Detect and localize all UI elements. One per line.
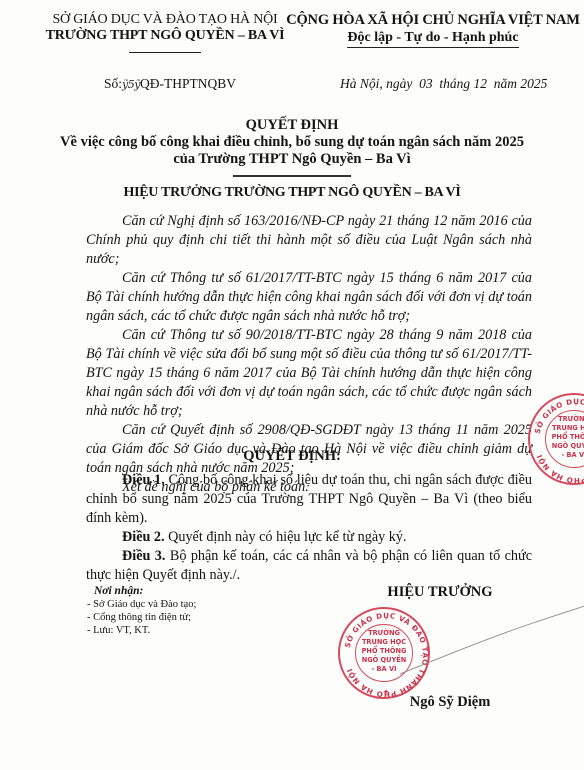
legal-basis: Căn cứ Nghị định số 163/2016/NĐ-CP ngày … (86, 212, 532, 269)
articles: Điều 1. Công bố công khai số liệu dự toá… (86, 471, 532, 585)
document-number: Số:ỹ5ỹQĐ-THPTNQBV (104, 76, 236, 92)
doc-number-prefix: Số: (104, 76, 122, 91)
article-3: Điều 3. Bộ phận kế toán, các cá nhân và … (86, 547, 532, 585)
doc-number-suffix: QĐ-THPTNQBV (140, 76, 236, 91)
svg-text:★: ★ (383, 688, 389, 696)
margin-seal: SỞ GIÁO DỤC VÀ ĐÀO TẠO THÀNH PHỐ HÀ NỘI … (528, 393, 584, 485)
recipient-item: - Cổng thông tin điện tử; (87, 611, 196, 624)
agency-name: SỞ GIÁO DỤC VÀ ĐÀO TẠO HÀ NỘI (40, 12, 290, 28)
seal-center-text: TRƯỜNG TRUNG HỌC PHỔ THÔNG NGÔ QUYỀN - B… (340, 629, 428, 674)
article-text: Quyết định này có hiệu lực kể từ ngày ký… (165, 529, 407, 545)
article-label: Điều 3. (122, 548, 165, 564)
doc-number-handwritten: ỹ5ỹ (122, 78, 140, 91)
issuing-authority: HIỆU TRƯỞNG TRƯỜNG THPT NGÔ QUYỀN – BA V… (0, 185, 584, 201)
recipient-item: - Lưu: VT, KT. (87, 624, 196, 637)
republic-title: CỘNG HÒA XÃ HỘI CHỦ NGHĨA VIỆT NAM (282, 12, 584, 28)
title-divider (233, 175, 351, 177)
school-name: TRƯỜNG THPT NGÔ QUYỀN – BA VÌ (40, 28, 290, 44)
signer-name: Ngô Sỹ Diệm (390, 694, 510, 711)
issuer-header: SỞ GIÁO DỤC VÀ ĐÀO TẠO HÀ NỘI TRƯỜNG THP… (40, 12, 290, 53)
article-1: Điều 1. Công bố công khai số liệu dự toá… (86, 471, 532, 528)
subject-line-2: của Trường THPT Ngô Quyền – Ba Vì (0, 151, 584, 168)
document-type: QUYẾT ĐỊNH (0, 117, 584, 134)
legal-basis: Căn cứ Thông tư số 61/2017/TT-BTC ngày 1… (86, 269, 532, 326)
official-seal: SỞ GIÁO DỤC VÀ ĐÀO TẠO THÀNH PHỐ HÀ NỘI … (338, 607, 430, 699)
article-2: Điều 2. Quyết định này có hiệu lực kể từ… (86, 528, 532, 547)
subject-line-1: Về việc công bố công khai điều chỉnh, bổ… (0, 134, 584, 151)
document-page: SỞ GIÁO DỤC VÀ ĐÀO TẠO HÀ NỘI TRƯỜNG THP… (0, 0, 584, 770)
national-motto: Độc lập - Tự do - Hạnh phúc (347, 30, 518, 48)
recipients-list: Nơi nhận: - Sở Giáo dục và Đào tạo; - Cổ… (87, 585, 196, 637)
signer-title: HIỆU TRƯỞNG (380, 584, 500, 601)
recipients-heading: Nơi nhận: (94, 585, 196, 598)
decision-heading: QUYẾT ĐỊNH: (0, 448, 584, 465)
header-divider (129, 52, 201, 53)
article-label: Điều 1. (122, 472, 165, 488)
seal-center-text: TRƯỜNG TRUNG HỌC PHỔ THÔNG NGÔ QUYỀN - B… (530, 415, 584, 460)
national-header: CỘNG HÒA XÃ HỘI CHỦ NGHĨA VIỆT NAM Độc l… (282, 12, 584, 48)
legal-basis: Căn cứ Thông tư số 90/2018/TT-BTC ngày 2… (86, 326, 532, 421)
article-label: Điều 2. (122, 529, 165, 545)
issue-date: Hà Nội, ngày 03 tháng 12 năm 2025 (340, 76, 547, 92)
recipient-item: - Sở Giáo dục và Đào tạo; (87, 598, 196, 611)
title-block: QUYẾT ĐỊNH Về việc công bố công khai điề… (0, 117, 584, 177)
